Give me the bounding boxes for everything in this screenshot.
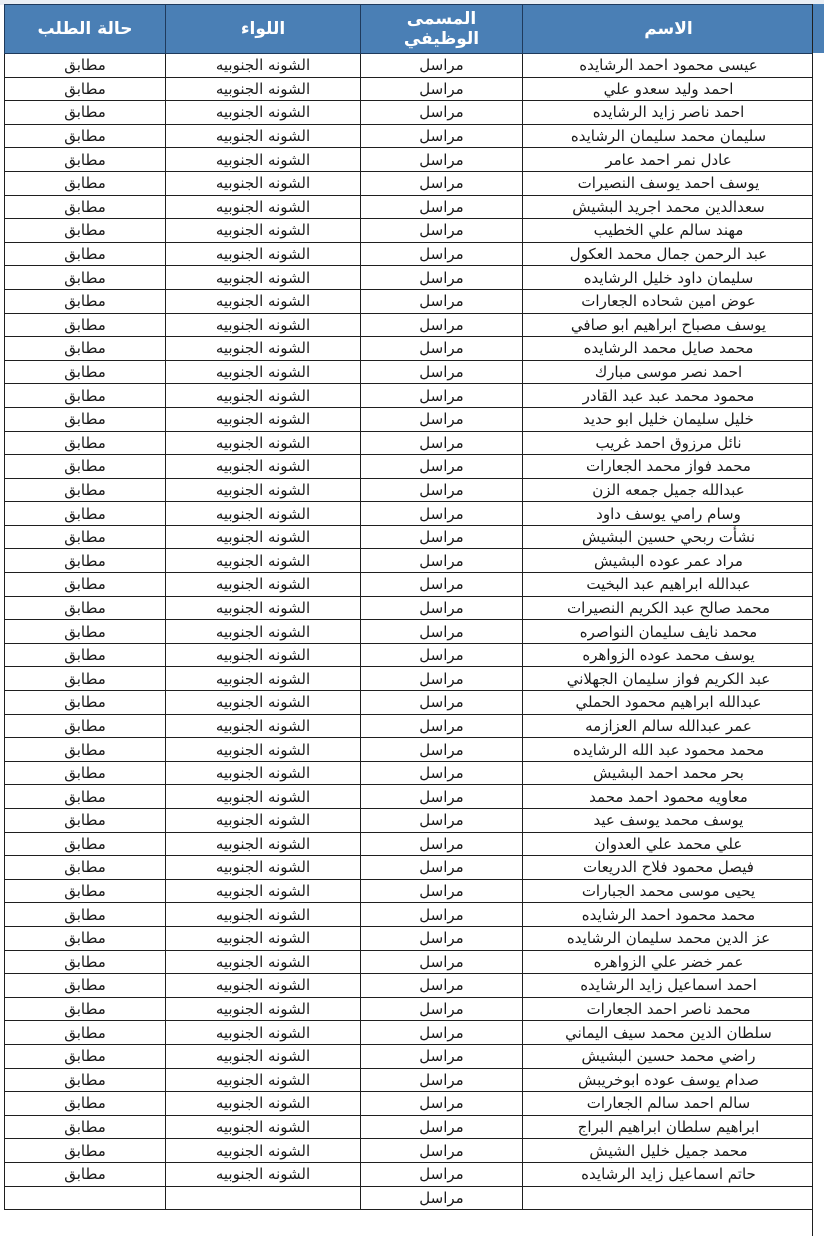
table-header-row: الاسم المسمى الوظيفي اللواء حالة الطلب [5, 5, 815, 54]
cell-region: الشونه الجنوبيه [166, 549, 361, 573]
header-job-title: المسمى الوظيفي [361, 5, 523, 54]
cell-job-title: مراسل [361, 77, 523, 101]
cell-region: الشونه الجنوبيه [166, 289, 361, 313]
table-row: احمد وليد سعدو عليمراسلالشونه الجنوبيهمط… [5, 77, 815, 101]
spreadsheet-page: الاسم المسمى الوظيفي اللواء حالة الطلب ع… [0, 0, 824, 1236]
cell-region: الشونه الجنوبيه [166, 1092, 361, 1116]
table-row: محمد صالح عبد الكريم النصيراتمراسلالشونه… [5, 596, 815, 620]
cell-name: سعدالدين محمد اجريد البشيش [523, 195, 815, 219]
table-row: يوسف احمد يوسف النصيراتمراسلالشونه الجنو… [5, 171, 815, 195]
cell-job-title: مراسل [361, 1044, 523, 1068]
header-region: اللواء [166, 5, 361, 54]
table-row: يحيى موسى محمد الجباراتمراسلالشونه الجنو… [5, 879, 815, 903]
cell-region: الشونه الجنوبيه [166, 926, 361, 950]
cell-status: مطابق [5, 879, 166, 903]
cell-name: عز الدين محمد سليمان الرشايده [523, 926, 815, 950]
cell-status: مطابق [5, 1021, 166, 1045]
table-row: عوض امين شحاده الجعاراتمراسلالشونه الجنو… [5, 289, 815, 313]
cell-name: نشأت ربحي حسين البشيش [523, 525, 815, 549]
cell-job-title: مراسل [361, 809, 523, 833]
cell-region: الشونه الجنوبيه [166, 974, 361, 998]
cell-job-title: مراسل [361, 431, 523, 455]
cell-region: الشونه الجنوبيه [166, 148, 361, 172]
table-row: وسام رامي يوسف داودمراسلالشونه الجنوبيهم… [5, 502, 815, 526]
cell-job-title: مراسل [361, 313, 523, 337]
table-row: محمد فواز محمد الجعاراتمراسلالشونه الجنو… [5, 455, 815, 479]
cell-region: الشونه الجنوبيه [166, 525, 361, 549]
table-row: معاويه محمود احمد محمدمراسلالشونه الجنوب… [5, 785, 815, 809]
cell-name: سليمان محمد سليمان الرشايده [523, 124, 815, 148]
cell-job-title: مراسل [361, 974, 523, 998]
cell-job-title: مراسل [361, 997, 523, 1021]
table-row: احمد نصر موسى مباركمراسلالشونه الجنوبيهم… [5, 360, 815, 384]
table-row: نشأت ربحي حسين البشيشمراسلالشونه الجنوبي… [5, 525, 815, 549]
cell-status: مطابق [5, 1115, 166, 1139]
cell-name: عادل نمر احمد عامر [523, 148, 815, 172]
table-row: نائل مرزوق احمد غريبمراسلالشونه الجنوبيه… [5, 431, 815, 455]
cell-job-title: مراسل [361, 596, 523, 620]
cell-region: الشونه الجنوبيه [166, 761, 361, 785]
cell-status: مطابق [5, 549, 166, 573]
cell-job-title: مراسل [361, 478, 523, 502]
table-row: خليل سليمان خليل ابو حديدمراسلالشونه الج… [5, 407, 815, 431]
cell-region: الشونه الجنوبيه [166, 1044, 361, 1068]
cell-job-title: مراسل [361, 289, 523, 313]
cell-status: مطابق [5, 832, 166, 856]
table-row: محمود محمد عبد عبد القادرمراسلالشونه الج… [5, 384, 815, 408]
cell-region: الشونه الجنوبيه [166, 455, 361, 479]
cell-status: مطابق [5, 313, 166, 337]
cell-region: الشونه الجنوبيه [166, 124, 361, 148]
cell-region: الشونه الجنوبيه [166, 431, 361, 455]
cell-region: الشونه الجنوبيه [166, 1021, 361, 1045]
cell-job-title: مراسل [361, 1115, 523, 1139]
cell-region: الشونه الجنوبيه [166, 691, 361, 715]
header-name: الاسم [523, 5, 815, 54]
table-row: سلطان الدين محمد سيف اليمانيمراسلالشونه … [5, 1021, 815, 1045]
cell-region: الشونه الجنوبيه [166, 903, 361, 927]
cell-status: مطابق [5, 502, 166, 526]
cell-name: محمد فواز محمد الجعارات [523, 455, 815, 479]
table-row: محمد صايل محمد الرشايدهمراسلالشونه الجنو… [5, 337, 815, 361]
cell-region: الشونه الجنوبيه [166, 573, 361, 597]
cell-job-title: مراسل [361, 691, 523, 715]
table-row: محمد نايف سليمان النواصرهمراسلالشونه الج… [5, 620, 815, 644]
table-row: ابراهيم سلطان ابراهيم البراجمراسلالشونه … [5, 1115, 815, 1139]
cell-region: الشونه الجنوبيه [166, 171, 361, 195]
cell-name: عبدالله ابراهيم محمود الحملي [523, 691, 815, 715]
header-job-title-label: المسمى الوظيفي [402, 9, 482, 49]
cell-job-title: مراسل [361, 856, 523, 880]
cell-status: مطابق [5, 1068, 166, 1092]
cell-status: مطابق [5, 455, 166, 479]
table-row: سليمان داود خليل الرشايدهمراسلالشونه الج… [5, 266, 815, 290]
cell-region: الشونه الجنوبيه [166, 407, 361, 431]
cell-region: الشونه الجنوبيه [166, 832, 361, 856]
table-row: سالم احمد سالم الجعاراتمراسلالشونه الجنو… [5, 1092, 815, 1116]
cell-region: الشونه الجنوبيه [166, 266, 361, 290]
cell-region: الشونه الجنوبيه [166, 643, 361, 667]
cell-name: احمد وليد سعدو علي [523, 77, 815, 101]
cell-status: مطابق [5, 148, 166, 172]
cell-status: مطابق [5, 525, 166, 549]
cell-region: الشونه الجنوبيه [166, 809, 361, 833]
cell-job-title: مراسل [361, 620, 523, 644]
table-row: يوسف مصباح ابراهيم ابو صافيمراسلالشونه ا… [5, 313, 815, 337]
cell-region: الشونه الجنوبيه [166, 1068, 361, 1092]
header-status: حالة الطلب [5, 5, 166, 54]
table-row: صدام يوسف عوده ابوخريبشمراسلالشونه الجنو… [5, 1068, 815, 1092]
cell-job-title: مراسل [361, 573, 523, 597]
cell-status: مطابق [5, 384, 166, 408]
cell-name: سلطان الدين محمد سيف اليماني [523, 1021, 815, 1045]
cell-region: الشونه الجنوبيه [166, 738, 361, 762]
cell-region: الشونه الجنوبيه [166, 478, 361, 502]
cell-name: محمد نايف سليمان النواصره [523, 620, 815, 644]
cell-name: نائل مرزوق احمد غريب [523, 431, 815, 455]
cell-status: مطابق [5, 573, 166, 597]
cell-region [166, 1186, 361, 1210]
cell-region: الشونه الجنوبيه [166, 195, 361, 219]
cell-name: وسام رامي يوسف داود [523, 502, 815, 526]
cell-status: مطابق [5, 1092, 166, 1116]
cell-job-title: مراسل [361, 1021, 523, 1045]
cell-status: مطابق [5, 171, 166, 195]
table-row: مراد عمر عوده البشيشمراسلالشونه الجنوبيه… [5, 549, 815, 573]
cell-region: الشونه الجنوبيه [166, 54, 361, 78]
cell-status: مطابق [5, 926, 166, 950]
cell-job-title: مراسل [361, 879, 523, 903]
cell-job-title: مراسل [361, 360, 523, 384]
cell-status: مطابق [5, 974, 166, 998]
table-row: محمد محمود احمد الرشايدهمراسلالشونه الجن… [5, 903, 815, 927]
table-row: عمر عبدالله سالم العزازمهمراسلالشونه الج… [5, 714, 815, 738]
cell-status: مطابق [5, 478, 166, 502]
cell-region: الشونه الجنوبيه [166, 1162, 361, 1186]
cell-name: مراد عمر عوده البشيش [523, 549, 815, 573]
cell-status: مطابق [5, 1162, 166, 1186]
cell-name: ابراهيم سلطان ابراهيم البراج [523, 1115, 815, 1139]
cell-region: الشونه الجنوبيه [166, 1139, 361, 1163]
cell-region: الشونه الجنوبيه [166, 620, 361, 644]
cell-job-title: مراسل [361, 643, 523, 667]
cell-region: الشونه الجنوبيه [166, 77, 361, 101]
cell-region: الشونه الجنوبيه [166, 337, 361, 361]
cell-status: مطابق [5, 856, 166, 880]
cell-job-title: مراسل [361, 148, 523, 172]
cell-status: مطابق [5, 643, 166, 667]
cell-name: راضي محمد حسين البشيش [523, 1044, 815, 1068]
cell-job-title: مراسل [361, 1162, 523, 1186]
cell-status: مطابق [5, 101, 166, 125]
table-row: عبد الرحمن جمال محمد العكولمراسلالشونه ا… [5, 242, 815, 266]
cell-name: فيصل محمود فلاح الدريعات [523, 856, 815, 880]
table-row: عمر خضر علي الزواهرهمراسلالشونه الجنوبيه… [5, 950, 815, 974]
cell-region: الشونه الجنوبيه [166, 242, 361, 266]
cell-status: مطابق [5, 667, 166, 691]
cell-name [523, 1186, 815, 1210]
cell-status: مطابق [5, 54, 166, 78]
table-row: فيصل محمود فلاح الدريعاتمراسلالشونه الجن… [5, 856, 815, 880]
cell-status: مطابق [5, 950, 166, 974]
cell-name: يوسف محمد يوسف عيد [523, 809, 815, 833]
cell-job-title: مراسل [361, 761, 523, 785]
cell-status: مطابق [5, 738, 166, 762]
cell-status: مطابق [5, 1044, 166, 1068]
cell-region: الشونه الجنوبيه [166, 1115, 361, 1139]
cell-status: مطابق [5, 691, 166, 715]
cell-name: عمر عبدالله سالم العزازمه [523, 714, 815, 738]
cell-job-title: مراسل [361, 525, 523, 549]
cell-status: مطابق [5, 407, 166, 431]
cell-status: مطابق [5, 809, 166, 833]
table-row: يوسف محمد يوسف عيدمراسلالشونه الجنوبيهمط… [5, 809, 815, 833]
cell-region: الشونه الجنوبيه [166, 785, 361, 809]
cell-job-title: مراسل [361, 926, 523, 950]
cell-name: احمد اسماعيل زايد الرشايده [523, 974, 815, 998]
cell-region: الشونه الجنوبيه [166, 667, 361, 691]
table-row: عيسى محمود احمد الرشايدهمراسلالشونه الجن… [5, 54, 815, 78]
table-row: احمد ناصر زايد الرشايدهمراسلالشونه الجنو… [5, 101, 815, 125]
cell-name: حاتم اسماعيل زايد الرشايده [523, 1162, 815, 1186]
table-row: عبدالله ابراهيم عبد البخيتمراسلالشونه ال… [5, 573, 815, 597]
cell-job-title: مراسل [361, 54, 523, 78]
cell-status: مطابق [5, 289, 166, 313]
cell-job-title: مراسل [361, 1186, 523, 1210]
cell-region: الشونه الجنوبيه [166, 384, 361, 408]
table-row: سليمان محمد سليمان الرشايدهمراسلالشونه ا… [5, 124, 815, 148]
cell-region: الشونه الجنوبيه [166, 856, 361, 880]
cell-name: يوسف احمد يوسف النصيرات [523, 171, 815, 195]
cell-name: سليمان داود خليل الرشايده [523, 266, 815, 290]
table-row: محمد جميل خليل الشيشمراسلالشونه الجنوبيه… [5, 1139, 815, 1163]
cell-name: سالم احمد سالم الجعارات [523, 1092, 815, 1116]
cell-name: محمد جميل خليل الشيش [523, 1139, 815, 1163]
cell-job-title: مراسل [361, 124, 523, 148]
cell-name: معاويه محمود احمد محمد [523, 785, 815, 809]
table-row: محمد ناصر احمد الجعاراتمراسلالشونه الجنو… [5, 997, 815, 1021]
cell-status: مطابق [5, 431, 166, 455]
cell-status: مطابق [5, 1139, 166, 1163]
cell-status: مطابق [5, 337, 166, 361]
table-row: عبد الكريم فواز سليمان الجهلانيمراسلالشو… [5, 667, 815, 691]
cell-job-title: مراسل [361, 242, 523, 266]
applicants-table: الاسم المسمى الوظيفي اللواء حالة الطلب ع… [4, 4, 815, 1210]
cell-job-title: مراسل [361, 502, 523, 526]
cell-status: مطابق [5, 124, 166, 148]
cell-name: عوض امين شحاده الجعارات [523, 289, 815, 313]
table-row: مهند سالم علي الخطيبمراسلالشونه الجنوبيه… [5, 219, 815, 243]
cell-status: مطابق [5, 596, 166, 620]
cell-status: مطابق [5, 266, 166, 290]
cell-name: عبد الرحمن جمال محمد العكول [523, 242, 815, 266]
cell-name: احمد نصر موسى مبارك [523, 360, 815, 384]
cell-name: عبد الكريم فواز سليمان الجهلاني [523, 667, 815, 691]
cell-job-title: مراسل [361, 1139, 523, 1163]
cell-job-title: مراسل [361, 407, 523, 431]
table-row: حاتم اسماعيل زايد الرشايدهمراسلالشونه ال… [5, 1162, 815, 1186]
cell-name: محمد محمود احمد الرشايده [523, 903, 815, 927]
table-row: بحر محمد احمد البشيشمراسلالشونه الجنوبيه… [5, 761, 815, 785]
cell-status: مطابق [5, 785, 166, 809]
cell-status: مطابق [5, 997, 166, 1021]
table-row: علي محمد علي العدوانمراسلالشونه الجنوبيه… [5, 832, 815, 856]
cell-status: مطابق [5, 77, 166, 101]
cell-region: الشونه الجنوبيه [166, 360, 361, 384]
cell-region: الشونه الجنوبيه [166, 101, 361, 125]
cell-job-title: مراسل [361, 1092, 523, 1116]
cell-name: عبدالله ابراهيم عبد البخيت [523, 573, 815, 597]
cell-status: مطابق [5, 195, 166, 219]
cell-region: الشونه الجنوبيه [166, 219, 361, 243]
cell-name: بحر محمد احمد البشيش [523, 761, 815, 785]
cell-job-title: مراسل [361, 219, 523, 243]
cell-job-title: مراسل [361, 337, 523, 361]
table-row: يوسف محمد عوده الزواهرهمراسلالشونه الجنو… [5, 643, 815, 667]
table-row: سعدالدين محمد اجريد البشيشمراسلالشونه ال… [5, 195, 815, 219]
cell-job-title: مراسل [361, 266, 523, 290]
cell-status: مطابق [5, 219, 166, 243]
cell-name: خليل سليمان خليل ابو حديد [523, 407, 815, 431]
cell-name: يوسف مصباح ابراهيم ابو صافي [523, 313, 815, 337]
table-body: عيسى محمود احمد الرشايدهمراسلالشونه الجن… [5, 54, 815, 1210]
cell-name: محمود محمد عبد عبد القادر [523, 384, 815, 408]
cell-name: يوسف محمد عوده الزواهره [523, 643, 815, 667]
cell-region: الشونه الجنوبيه [166, 502, 361, 526]
cell-job-title: مراسل [361, 667, 523, 691]
cell-region: الشونه الجنوبيه [166, 596, 361, 620]
next-column-edge [812, 4, 824, 1236]
cell-status: مطابق [5, 903, 166, 927]
cell-job-title: مراسل [361, 195, 523, 219]
cell-name: محمد ناصر احمد الجعارات [523, 997, 815, 1021]
cell-job-title: مراسل [361, 101, 523, 125]
cell-name: علي محمد علي العدوان [523, 832, 815, 856]
table-row: عبدالله ابراهيم محمود الحمليمراسلالشونه … [5, 691, 815, 715]
next-column-header-edge [813, 4, 824, 53]
cell-name: محمد صايل محمد الرشايده [523, 337, 815, 361]
cell-job-title: مراسل [361, 832, 523, 856]
cell-job-title: مراسل [361, 950, 523, 974]
cell-status: مطابق [5, 714, 166, 738]
table-row: عبدالله جميل جمعه الزنمراسلالشونه الجنوب… [5, 478, 815, 502]
cell-name: محمد محمود عبد الله الرشايده [523, 738, 815, 762]
cell-name: عمر خضر علي الزواهره [523, 950, 815, 974]
cell-job-title: مراسل [361, 455, 523, 479]
cell-status: مطابق [5, 360, 166, 384]
cell-name: صدام يوسف عوده ابوخريبش [523, 1068, 815, 1092]
cell-status: مطابق [5, 242, 166, 266]
cell-job-title: مراسل [361, 549, 523, 573]
cell-job-title: مراسل [361, 384, 523, 408]
cell-job-title: مراسل [361, 1068, 523, 1092]
cell-name: مهند سالم علي الخطيب [523, 219, 815, 243]
cell-region: الشونه الجنوبيه [166, 950, 361, 974]
cell-job-title: مراسل [361, 738, 523, 762]
table-row: عادل نمر احمد عامرمراسلالشونه الجنوبيهمط… [5, 148, 815, 172]
cell-name: عبدالله جميل جمعه الزن [523, 478, 815, 502]
table-row: عز الدين محمد سليمان الرشايدهمراسلالشونه… [5, 926, 815, 950]
table-row: محمد محمود عبد الله الرشايدهمراسلالشونه … [5, 738, 815, 762]
cell-name: يحيى موسى محمد الجبارات [523, 879, 815, 903]
cell-job-title: مراسل [361, 171, 523, 195]
cell-region: الشونه الجنوبيه [166, 997, 361, 1021]
cell-job-title: مراسل [361, 903, 523, 927]
cell-name: احمد ناصر زايد الرشايده [523, 101, 815, 125]
table-row: راضي محمد حسين البشيشمراسلالشونه الجنوبي… [5, 1044, 815, 1068]
cell-job-title: مراسل [361, 785, 523, 809]
cell-status: مطابق [5, 761, 166, 785]
cell-job-title: مراسل [361, 714, 523, 738]
cell-region: الشونه الجنوبيه [166, 313, 361, 337]
cell-name: عيسى محمود احمد الرشايده [523, 54, 815, 78]
cell-region: الشونه الجنوبيه [166, 714, 361, 738]
cell-name: محمد صالح عبد الكريم النصيرات [523, 596, 815, 620]
cell-region: الشونه الجنوبيه [166, 879, 361, 903]
table-row: مراسل [5, 1186, 815, 1210]
table-row: احمد اسماعيل زايد الرشايدهمراسلالشونه ال… [5, 974, 815, 998]
cell-status: مطابق [5, 620, 166, 644]
cell-status [5, 1186, 166, 1210]
